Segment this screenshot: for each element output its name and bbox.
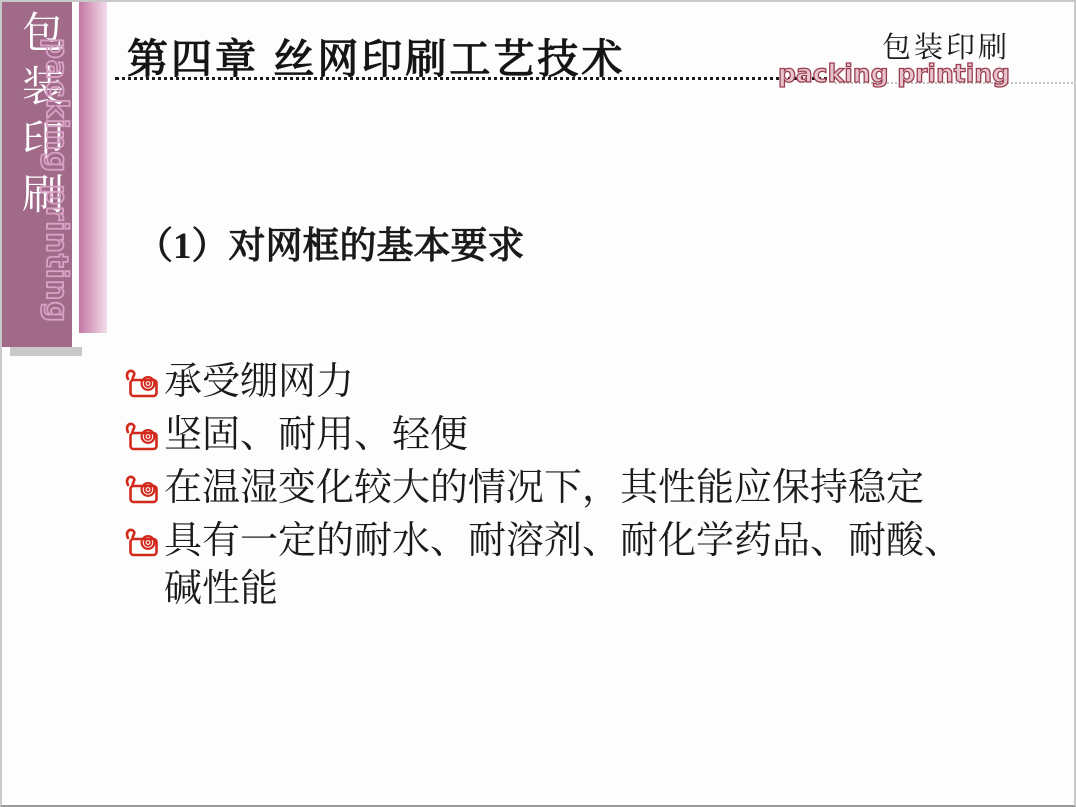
brand-logo-en: packing printing <box>778 61 1010 86</box>
red-telephone-bullet-icon <box>124 367 158 399</box>
bullet-item-text: 坚固、耐用、轻便 <box>164 411 468 459</box>
bullet-item-text: 承受绷网力 <box>164 358 354 406</box>
sidebar-vertical-title-en: packing printing <box>40 38 74 323</box>
red-telephone-bullet-icon <box>124 420 158 452</box>
list-item: 承受绷网力 <box>124 358 1004 406</box>
bullet-list: 承受绷网力 坚固、耐用、轻便 在温湿变化较大的情况下，其性能应保持稳定 <box>124 358 1004 618</box>
red-telephone-bullet-icon <box>124 473 158 505</box>
list-item: 坚固、耐用、轻便 <box>124 411 1004 459</box>
red-telephone-bullet-icon <box>124 526 158 558</box>
title-dotted-divider <box>115 77 835 80</box>
list-item: 具有一定的耐水、耐溶剂、耐化学药品、耐酸、碱性能 <box>124 517 1004 613</box>
presentation-slide: 包装印刷 packing printing 第四章 丝网印刷工艺技术 包装印刷 … <box>0 0 1076 807</box>
sidebar-pink-gradient-strip <box>79 2 107 333</box>
bullet-item-text: 具有一定的耐水、耐溶剂、耐化学药品、耐酸、碱性能 <box>164 517 992 613</box>
brand-logo: 包装印刷 packing printing <box>778 34 1010 86</box>
sidebar-shadow <box>10 347 82 356</box>
list-item: 在温湿变化较大的情况下，其性能应保持稳定 <box>124 464 1004 512</box>
bullet-item-text: 在温湿变化较大的情况下，其性能应保持稳定 <box>164 464 924 512</box>
section-heading: （1）对网框的基本要求 <box>136 215 525 269</box>
